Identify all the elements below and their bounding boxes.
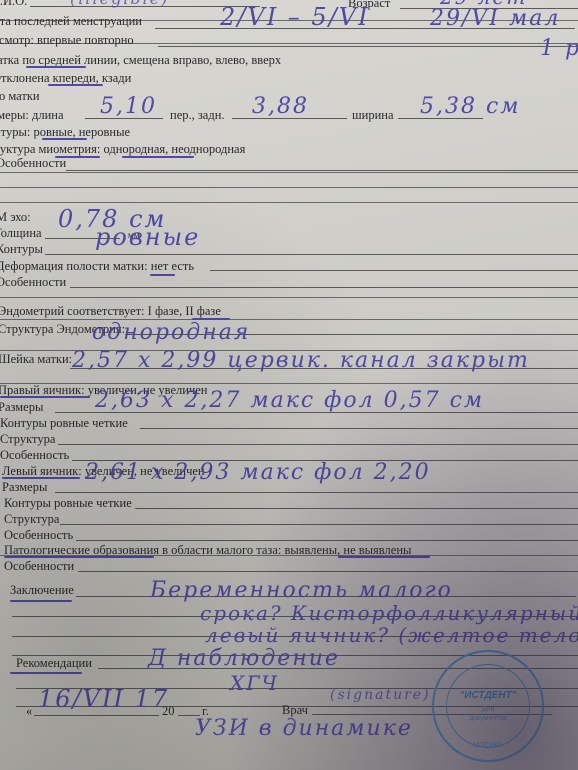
m-echo-features-label: Особенности — [0, 275, 66, 289]
left-ovary-contours-label: Контуры ровные четкие — [4, 496, 132, 510]
last-menstruation-note: 29/VI мал — [430, 8, 560, 30]
left-ovary-structure-label: Структура — [4, 512, 59, 526]
exam-label: Осмотр: впервые повторно — [0, 33, 134, 47]
pathology-features-label: Особенности — [4, 559, 74, 573]
m-echo-deformation-label: Деформация полости матки: нет есть — [0, 259, 194, 273]
year-prefix: 20 — [162, 704, 175, 718]
uterus-size-label: Размеры: длина — [0, 108, 64, 122]
m-echo-thickness-label: Толщина — [0, 226, 42, 240]
myometrium-label: Структура миометрия: однородная, неоднор… — [0, 142, 245, 156]
conclusion-line-1: Беременность малого — [150, 580, 453, 602]
recommendations-line-2: ХГЧ — [230, 672, 279, 694]
stamp-name: "ИСТДЕНТ" — [434, 690, 542, 701]
uterus-tilt-label: Отклонена кпереди, кзади — [0, 71, 131, 85]
conclusion-line-3: левый яичник? (желтое тело) — [205, 624, 578, 646]
right-ovary-size-label: Размеры — [0, 400, 43, 414]
uterus-ap-value: 3,88 — [252, 96, 309, 118]
endometrium-phase-label: Эндометрий соответствует: I фазе, II фаз… — [0, 304, 221, 318]
m-echo-title: М эхо: — [0, 210, 31, 224]
stamp: "ИСТДЕНТ" Для документов МОСКВА — [432, 650, 544, 762]
right-ovary-contours-label: Контуры ровные четкие — [0, 416, 128, 430]
name-label: Ф.И.О. — [0, 0, 27, 8]
m-echo-contours-value: ровные — [95, 226, 200, 248]
uterus-width-label: ширина — [352, 108, 394, 122]
left-ovary-size-label: Размеры — [2, 480, 47, 494]
cervix-value: 2,57 х 2,99 цервик. канал закрыт — [72, 350, 530, 372]
uterus-features-label: Особенности — [0, 156, 66, 170]
name-value: (illegible) — [70, 0, 170, 10]
cervix-label: Шейка матки: — [0, 352, 72, 366]
uterus-position-label: Матка по средней линии, смещена вправо, … — [0, 53, 281, 67]
left-ovary-size-value: 2,61 х 2,93 макс фол 2,20 — [85, 462, 431, 484]
right-ovary-size-value: 2,63 х 2,27 макс фол 0,57 см — [95, 390, 484, 412]
right-ovary-structure-label: Структура — [0, 432, 55, 446]
conclusion-line-2: срока? Кисторфолликулярный — [200, 602, 578, 624]
uterus-body-label: Тело матки — [0, 89, 40, 103]
right-ovary-features-label: Особенность — [0, 448, 69, 462]
last-menstruation-value: 2/VI – 5/VI — [220, 6, 370, 28]
stamp-city: МОСКВА — [434, 742, 542, 749]
date-prefix: « — [26, 704, 32, 718]
footer-note: УЗИ в динамике — [195, 718, 413, 740]
stamp-line-1: Для — [434, 706, 542, 713]
recommendations-line-1: Д наблюдение — [148, 648, 340, 670]
doctor-label: Врач — [282, 703, 308, 717]
stamp-line-2: документов — [434, 715, 542, 722]
last-menstruation-label: Дата последней менструации — [0, 14, 142, 28]
pathology-label: Патологические образования в области мал… — [4, 543, 411, 557]
uterus-contours-label: Контуры: ровные, неровные — [0, 125, 130, 139]
uterus-ap-label: пер., задн. — [170, 108, 225, 122]
uterus-length-value: 5,10 — [100, 96, 157, 118]
date-value: 16/VII 17 — [38, 688, 169, 710]
conclusion-label: Заключение — [10, 583, 74, 597]
exam-note: 1 р — [540, 38, 578, 60]
endometrium-structure-value: однородная — [92, 322, 250, 344]
m-echo-contours-label: Контуры — [0, 242, 43, 256]
uterus-width-value: 5,38 см — [420, 96, 521, 118]
recommendations-label: Рекомендации — [16, 656, 92, 670]
left-ovary-features-label: Особенность — [4, 528, 73, 542]
doctor-signature: (signature) — [330, 684, 431, 706]
